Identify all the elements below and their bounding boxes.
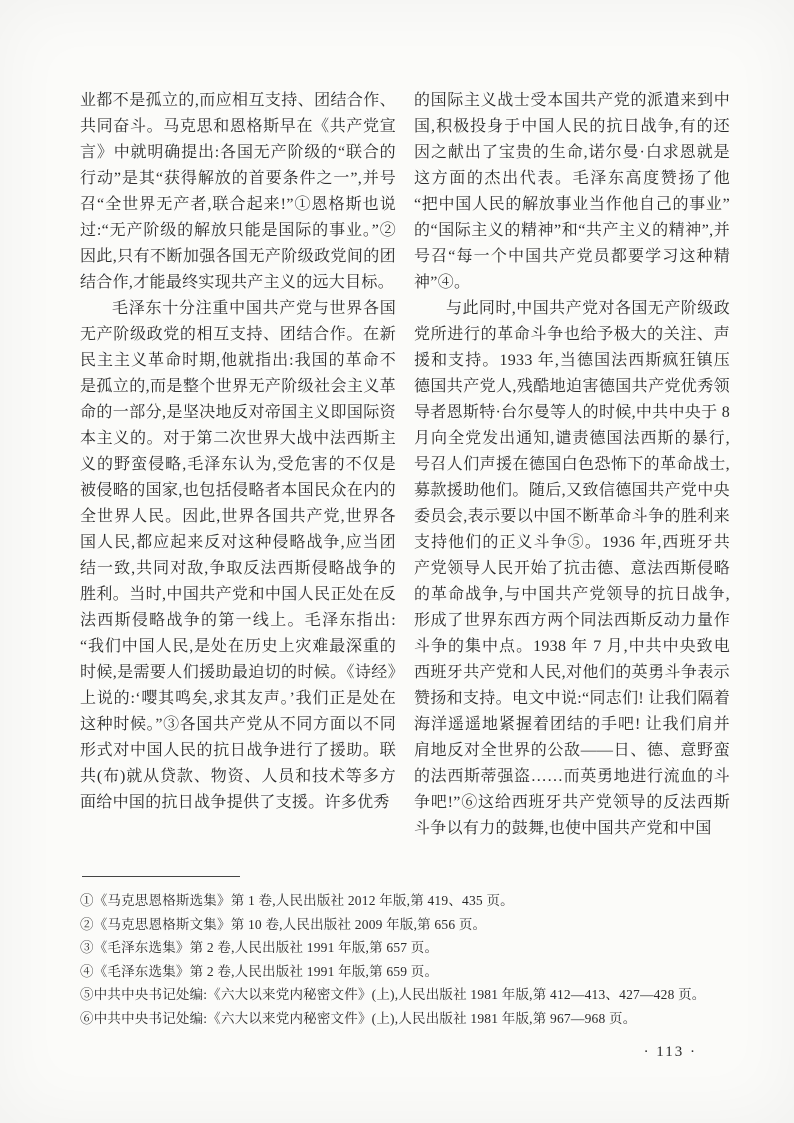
body-paragraph: 与此同时,中国共产党对各国无产阶级政党所进行的革命斗争也给予极大的关注、声援和支… [414, 296, 730, 842]
footnote-5: ⑤中共中央书记处编:《六大以来党内秘密文件》(上),人民出版社 1981 年版,… [80, 983, 740, 1007]
body-paragraph-continuation: 业都不是孤立的,而应相互支持、团结合作、共同奋斗。马克思和恩格斯早在《共产党宣言… [80, 88, 396, 296]
book-page: 业都不是孤立的,而应相互支持、团结合作、共同奋斗。马克思和恩格斯早在《共产党宣言… [0, 0, 794, 1123]
body-paragraph-continuation: 的国际主义战士受本国共产党的派遣来到中国,积极投身于中国人民的抗日战争,有的还因… [414, 88, 730, 296]
footnote-6: ⑥中共中央书记处编:《六大以来党内秘密文件》(上),人民出版社 1981 年版,… [80, 1007, 740, 1031]
body-paragraph: 毛泽东十分注重中国共产党与世界各国无产阶级政党的相互支持、团结合作。在新民主主义… [80, 296, 396, 816]
page-number: · 113 · [644, 1044, 697, 1061]
left-column: 业都不是孤立的,而应相互支持、团结合作、共同奋斗。马克思和恩格斯早在《共产党宣言… [80, 88, 396, 872]
footnote-separator-rule [82, 876, 240, 877]
footnotes-section: ①《马克思恩格斯选集》第 1 卷,人民出版社 2012 年版,第 419、435… [80, 876, 740, 1030]
right-column: 的国际主义战士受本国共产党的派遣来到中国,积极投身于中国人民的抗日战争,有的还因… [414, 88, 730, 872]
body-text: 业都不是孤立的,而应相互支持、团结合作、共同奋斗。马克思和恩格斯早在《共产党宣言… [80, 88, 730, 872]
footnote-2: ②《马克思恩格斯文集》第 10 卷,人民出版社 2009 年版,第 656 页。 [80, 913, 740, 937]
footnote-1: ①《马克思恩格斯选集》第 1 卷,人民出版社 2012 年版,第 419、435… [80, 889, 740, 913]
footnote-3: ③《毛泽东选集》第 2 卷,人民出版社 1991 年版,第 657 页。 [80, 936, 740, 960]
footnote-4: ④《毛泽东选集》第 2 卷,人民出版社 1991 年版,第 659 页。 [80, 960, 740, 984]
